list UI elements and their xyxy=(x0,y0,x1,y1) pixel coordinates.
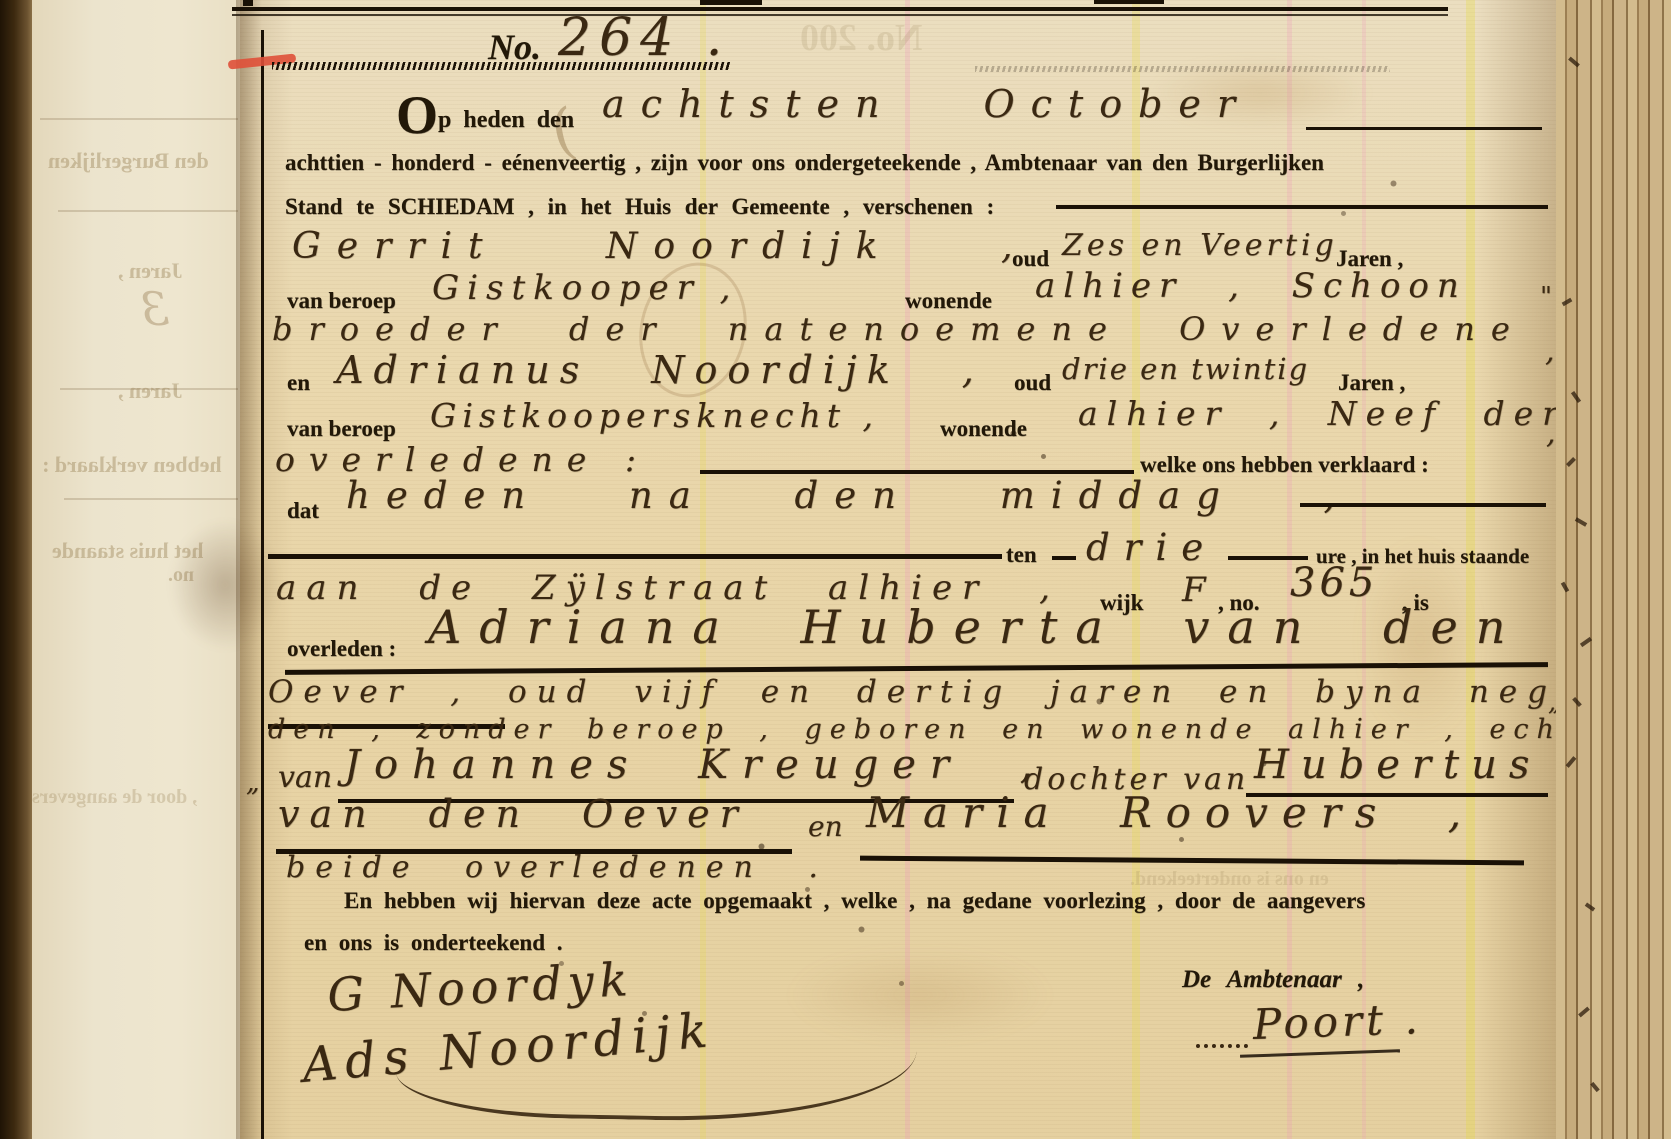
margin-insert-mark: „ xyxy=(246,768,259,798)
margin-line xyxy=(261,30,264,1139)
edge-ink-mark xyxy=(1578,1007,1590,1018)
ghost-text: hebben verklaard : xyxy=(42,452,222,478)
handwritten-residence2: alhier , Neef der xyxy=(1078,394,1567,433)
ghost-handwriting: 3 xyxy=(140,282,169,336)
handwritten-date: achtsten October xyxy=(602,82,1251,126)
top-rule xyxy=(232,7,1448,11)
printed-year-line: achttien - honderd - eénenveertig , zijn… xyxy=(285,150,1324,176)
drop-cap-O: O xyxy=(396,84,438,146)
printed-jaren-2: Jaren , xyxy=(1338,370,1405,396)
handwritten-hour: drie xyxy=(1086,526,1217,569)
handwritten-deceased-name: Adriana Huberta van den xyxy=(428,600,1523,654)
ghost-act-number: No. 200 xyxy=(800,16,922,60)
handwritten-father-surname: van den Oever xyxy=(278,792,748,836)
printed-van-beroep-2: van beroep xyxy=(287,416,396,442)
handwritten-declarant1-name: Gerrit Noordijk , xyxy=(292,226,1028,267)
ghost-rule xyxy=(58,210,238,212)
cut-off-fragment xyxy=(700,0,762,5)
edge-ink-mark xyxy=(1575,517,1587,526)
handwritten-age2: drie en twintig xyxy=(1062,352,1309,386)
ghost-zigzag xyxy=(975,66,1390,72)
handwritten-spouse-name: Johannes Kreuger , xyxy=(344,742,1046,788)
cut-off-fragment xyxy=(243,0,253,6)
ghost-text: het huis staande xyxy=(52,538,204,564)
ghost-text: Jaren , xyxy=(118,258,182,284)
edge-ink-mark xyxy=(1561,582,1569,593)
handwritten-mother-name: Maria Roovers , xyxy=(866,788,1475,837)
handwritten-age1: Zes en Veertig xyxy=(1062,228,1338,263)
ghost-rule xyxy=(40,118,238,120)
handwritten-time-of-day: heden na den middag , xyxy=(346,474,1351,517)
handwritten-van: van xyxy=(278,760,332,795)
edge-ink-mark xyxy=(1580,637,1592,647)
handwritten-declarant2-name: Adrianus Noordijk , xyxy=(336,348,984,392)
printed-stand-line: Stand te SCHIEDAM , in het Huis der Geme… xyxy=(285,194,994,220)
fill-rule xyxy=(1056,205,1548,209)
handwritten-residence1: alhier , Schoon xyxy=(1035,266,1467,306)
printed-closing-2: en ons is onderteekend . xyxy=(304,930,563,956)
act-number-value: 264 . xyxy=(558,8,730,68)
handwritten-en: en xyxy=(808,810,843,843)
previous-page: den Burgerlijken Jaren , 3 Jaren , hebbe… xyxy=(32,0,240,1139)
handwritten-occupation2: Gistkoopersknecht , xyxy=(430,396,879,435)
edge-ink-mark xyxy=(1566,756,1577,768)
official-title: De Ambtenaar , xyxy=(1182,966,1364,994)
fill-rule xyxy=(268,554,1002,559)
book-binding-gutter xyxy=(0,0,32,1139)
handwritten-status-line: den , zonder beroep , geboren en wonende… xyxy=(268,714,1671,745)
handwritten-beide-overleden: beide overledenen . xyxy=(286,850,828,885)
dash-rule xyxy=(1052,556,1076,560)
ghost-text: no. xyxy=(168,564,194,587)
printed-closing-1: En hebben wij hiervan deze acte opgemaak… xyxy=(344,888,1365,914)
printed-dat: dat xyxy=(287,498,319,524)
edge-ink-mark xyxy=(1571,391,1581,403)
edge-ink-mark xyxy=(1585,902,1595,911)
printed-oud-2: oud xyxy=(1014,370,1051,396)
signature-dotted-flourish xyxy=(1196,1044,1248,1048)
zigzag-underline xyxy=(272,62,730,70)
printed-ten: ten xyxy=(1006,542,1037,568)
signature-official: Poort . xyxy=(1252,994,1422,1049)
handwritten-age-line: Oever , oud vijf en dertig jaren en byna… xyxy=(268,674,1671,710)
book-page-edges xyxy=(1556,0,1671,1139)
ghost-text: Jaren , xyxy=(118,378,182,404)
fill-rule xyxy=(1306,127,1542,130)
stray-pen-mark: , xyxy=(1545,334,1555,369)
printed-en: en xyxy=(287,370,310,396)
scanned-death-certificate: den Burgerlijken Jaren , 3 Jaren , hebbe… xyxy=(0,0,1671,1139)
edge-ink-mark xyxy=(1590,1082,1599,1092)
margin-quote-mark: " xyxy=(1540,282,1552,312)
printed-wonende-2: wonende xyxy=(940,416,1027,442)
handwritten-relation1: broeder der natenoemene Overledene , xyxy=(272,310,1608,348)
edge-ink-mark xyxy=(1568,57,1580,68)
handwritten-occupation1: Gistkooper , xyxy=(432,268,738,308)
fill-rule xyxy=(1300,503,1546,507)
edge-ink-mark xyxy=(1566,457,1576,467)
ghost-rule xyxy=(64,498,238,500)
edge-ink-mark xyxy=(1572,697,1582,707)
printed-op-heden-den: p heden den xyxy=(438,107,574,134)
ghost-text: , door de aangevers xyxy=(32,786,197,809)
ghost-text: den Burgerlijken xyxy=(48,148,209,174)
edge-ink-mark xyxy=(1562,298,1573,306)
handwritten-father-firstname: Hubertus xyxy=(1254,742,1541,788)
printed-overleden: overleden : xyxy=(287,636,396,662)
cut-off-fragment xyxy=(1094,0,1164,4)
ink-speckles xyxy=(0,0,3,3)
